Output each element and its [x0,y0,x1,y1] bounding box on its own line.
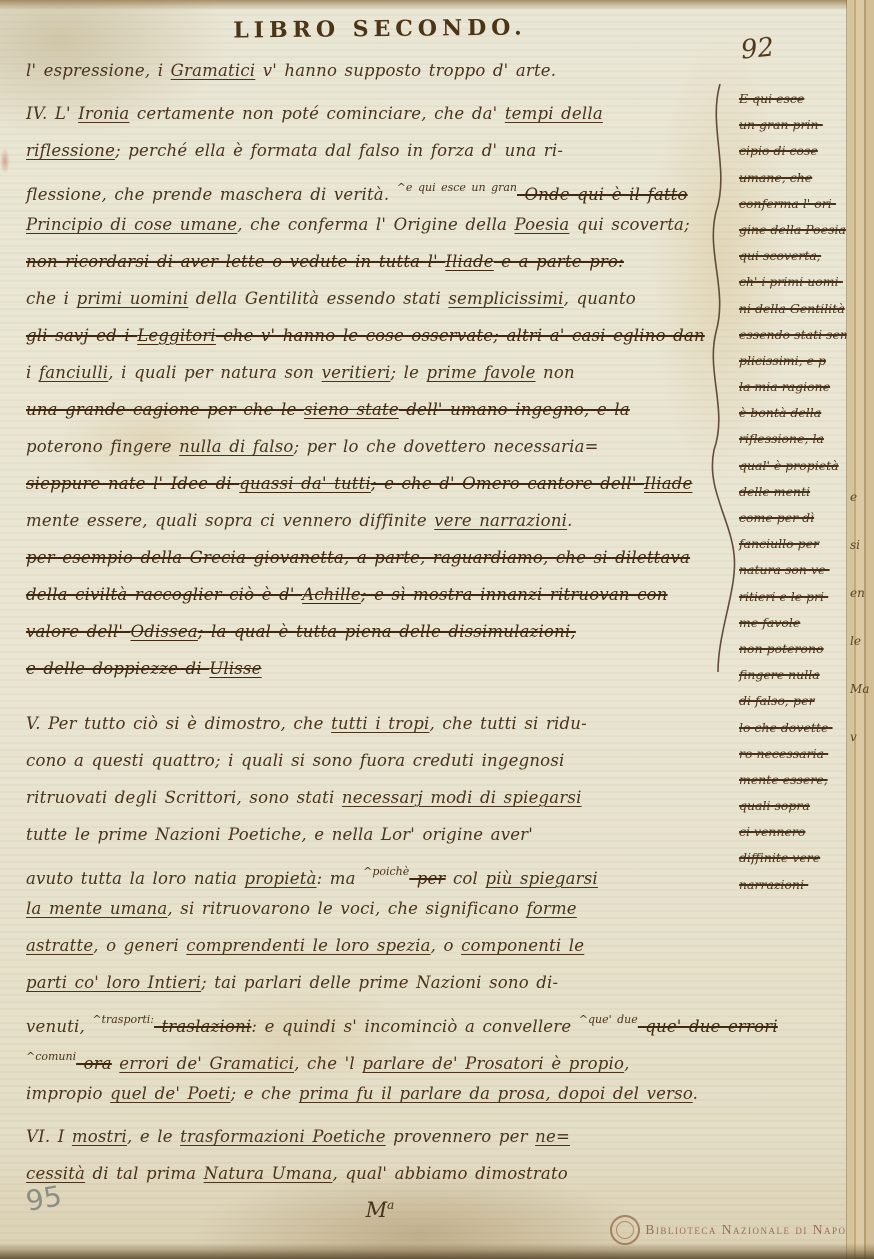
margin-note-line: delle menti [739,479,851,505]
handwritten-text: che i [26,289,77,308]
handwritten-text: parti co' loro Intieri [26,973,201,992]
handwritten-text: Gramatici [171,61,256,80]
struck-text: que' due errori [638,1017,778,1036]
struck-text: ; e sì mostra innanzi ritruovan con [361,585,668,604]
handwritten-text: ; perché ella è formata dal falso in for… [115,141,563,160]
struck-text: ; la qual è tutta piena delle dissimulaz… [198,622,576,641]
pencil-foliation-number: 95 [23,1179,64,1218]
margin-note-line: fingere nulla [739,662,851,688]
struck-text: e delle doppiezze di [26,659,209,678]
edge-text-fragment: si [850,538,860,552]
handwritten-text: tempi della [505,104,603,123]
margin-note-line: come per dì [739,505,851,531]
manuscript-line: mente essere, quali sopra ci vennero dif… [26,502,726,539]
manuscript-line: e delle doppiezze di Ulisse [26,650,726,687]
library-stamp-icon [610,1215,640,1245]
margin-note-line: ni della Gentilità [739,296,851,322]
handwritten-text: , qual' abbiamo dimostrato [332,1164,567,1183]
struck-text: sieno state [304,400,399,419]
struck-text: per [409,869,445,888]
manuscript-line: IV. L' Ironia certamente non poté cominc… [26,95,726,132]
margin-note-line: E qui esce [739,86,851,112]
interlinear-insertion: ^comuni [26,1050,76,1063]
handwritten-text: , che conferma l' Origine della [237,215,514,234]
struck-text: della civiltà raccoglier ciò è d' [26,585,302,604]
edge-text-fragment: v [850,730,857,744]
manuscript-line: riflessione; perché ella è formata dal f… [26,132,726,169]
margin-note-line: mente essere, [739,767,851,793]
interlinear-insertion: ^trasporti: [92,1013,154,1026]
catchword: Ma [300,1198,460,1222]
margin-brace-line [704,84,740,674]
handwritten-text: Poesia [515,215,570,234]
struck-text: Achille [302,585,361,604]
struck-text: Iliade [445,252,493,271]
handwritten-text: , si ritruovarono le voci, che significa… [167,899,526,918]
handwritten-text: prime favole [427,363,536,382]
handwritten-text: provennero per [386,1127,535,1146]
margin-note-line: ro necessaria- [739,741,851,767]
manuscript-line: Principio di cose umane, che conferma l'… [26,206,726,243]
margin-note-line: qual' è propietà [739,453,851,479]
margin-note-line: ci vennero [739,819,851,845]
handwritten-text: v' hanno supposto troppo d' arte. [255,61,556,80]
manuscript-line: cono a questi quattro; i quali si sono f… [26,742,726,779]
margin-note-line: un gran prin- [739,112,851,138]
interlinear-insertion: ^e qui esce un gran [397,181,517,194]
manuscript-line: poterono fingere nulla di falso; per lo … [26,428,726,465]
page-title: LIBRO SECONDO. [150,14,610,45]
handwritten-text: propietà [245,869,317,888]
handwritten-text: più spiegarsi [485,869,597,888]
handwritten-text: Ironia [78,104,129,123]
handwritten-text: V. Per tutto ciò si è dimostro, che [26,714,331,733]
edge-text-fragment: le [850,634,861,648]
handwritten-text: . [567,511,572,530]
page-bottom-edge [0,1243,874,1259]
handwritten-text: comprendenti le loro spezia [186,936,430,955]
interlinear-insertion: ^que' due [579,1013,638,1026]
catchword-main: M [366,1198,388,1222]
folio-number: 92 [739,32,775,65]
handwritten-text: della Gentilità essendo stati [188,289,448,308]
page-top-edge [0,0,874,10]
handwritten-text: , che 'l [294,1054,362,1073]
manuscript-line: astratte, o generi comprendenti le loro … [26,927,726,964]
manuscript-line: ritruovati degli Scrittori, sono stati n… [26,779,726,816]
struck-text: ora [76,1054,112,1073]
struck-text: per esempio della Grecia giovanetta, a p… [26,548,690,567]
struck-text: traslazioni [154,1017,251,1036]
handwritten-text: la mente umana [26,899,167,918]
manuscript-line: V. Per tutto ciò si è dimostro, che tutt… [26,705,726,742]
margin-note-line: me favole [739,610,851,636]
handwritten-text: : e quindi s' incominciò a convellere [251,1017,578,1036]
handwritten-text: necessarj modi di spiegarsi [342,788,582,807]
margin-note-line: riflessione, la [739,426,851,452]
handwritten-text: Natura Umana [204,1164,333,1183]
handwritten-text: mostri [72,1127,127,1146]
manuscript-line: gli savj ed i Leggitori che v' hanno le … [26,317,726,354]
ink-stain [0,148,10,174]
struck-text: Onde qui è il fatto [517,185,688,204]
stacked-page-edges: esienleMav [846,0,874,1259]
handwritten-text: di tal prima [85,1164,204,1183]
manuscript-page: LIBRO SECONDO. 92 l' espressione, i Gram… [0,0,874,1259]
margin-note-line: è bontà della [739,400,851,426]
manuscript-line: non ricordarsi di aver lette o vedute in… [26,243,726,280]
margin-notes-column: E qui esceun gran prin-cipio di coseuman… [739,86,851,898]
interlinear-insertion: ^poichè [363,865,409,878]
handwritten-text: forme [526,899,576,918]
struck-text: che v' hanno le cose osservate; altri a'… [216,326,705,345]
handwritten-text: impropio [26,1084,110,1103]
manuscript-line: venuti, ^trasporti: traslazioni: e quind… [26,1001,726,1038]
margin-note-line: di falso; per [739,688,851,714]
library-stamp: Biblioteca Nazionale di Napoli [610,1215,858,1245]
handwritten-text: : ma [317,869,364,888]
handwritten-text: venuti, [26,1017,92,1036]
handwritten-text: , i quali per natura son [108,363,321,382]
handwritten-text: veritieri [322,363,391,382]
handwritten-text: VI. I [26,1127,72,1146]
handwritten-text: mente essere, quali sopra ci vennero dif… [26,511,434,530]
handwritten-text: cono a questi quattro; i quali si sono f… [26,751,564,770]
edge-text-fragment: en [850,586,865,600]
handwritten-text: , che tutti si ridu- [430,714,587,733]
manuscript-line: la mente umana, si ritruovarono le voci,… [26,890,726,927]
handwritten-text: , o [431,936,461,955]
handwritten-text: IV. L' [26,104,78,123]
margin-note-line: non poterono [739,636,851,662]
handwritten-text: trasformazioni Poetiche [180,1127,386,1146]
manuscript-line: ^comuni ora errori de' Gramatici, che 'l… [26,1038,726,1075]
margin-note-line: conferma l' ori- [739,191,851,217]
struck-text: ; e che d' Omero cantore dell' [371,474,644,493]
struck-text: Iliade [644,474,692,493]
handwritten-text: riflessione [26,141,115,160]
handwritten-text: primi uomini [77,289,189,308]
struck-text: e a parte pro: [494,252,624,271]
margin-note-line: narrazioni- [739,872,851,898]
margin-note-line: la mia ragione [739,374,851,400]
handwritten-text: parlare de' Prosatori è propio [362,1054,624,1073]
struck-text: gli savj ed i [26,326,137,345]
manuscript-line: che i primi uomini della Gentilità essen… [26,280,726,317]
handwritten-text: ; per lo che dovettero necessaria= [294,437,599,456]
handwritten-text: , e le [127,1127,180,1146]
handwritten-text: qui scoverta; [569,215,689,234]
library-stamp-text: Biblioteca Nazionale di Napoli [645,1222,858,1238]
handwritten-text: poterono fingere [26,437,179,456]
manuscript-line: flessione, che prende maschera di verità… [26,169,726,206]
margin-note-line: natura son ve- [739,557,851,583]
margin-note-line: cipio di cose [739,138,851,164]
margin-note-line: essendo stati sem- [739,322,851,348]
struck-text: Ulisse [209,659,261,678]
manuscript-line: avuto tutta la loro natia propietà: ma ^… [26,853,726,890]
manuscript-line: l' espressione, i Gramatici v' hanno sup… [26,52,726,89]
handwritten-text: certamente non poté cominciare, che da' [129,104,504,123]
manuscript-line: cessità di tal prima Natura Umana, qual'… [26,1155,726,1192]
manuscript-line: per esempio della Grecia giovanetta, a p… [26,539,726,576]
margin-note-line: qui scoverta; [739,243,851,269]
margin-note-line: fanciullo per [739,531,851,557]
handwritten-text: componenti le [461,936,584,955]
edge-text-fragment: Ma [850,682,869,696]
manuscript-line: valore dell' Odissea; la qual è tutta pi… [26,613,726,650]
margin-note-line: quali sopra [739,793,851,819]
handwritten-text: , o generi [93,936,186,955]
struck-text: Odissea [131,622,198,641]
manuscript-line: parti co' loro Intieri; tai parlari dell… [26,964,726,1001]
margin-note-line: ritieri e le pri- [739,584,851,610]
struck-text: quassi da' tutti [239,474,371,493]
handwritten-text: col [446,869,486,888]
manuscript-line: tutte le prime Nazioni Poetiche, e nella… [26,816,726,853]
handwritten-text: ne= [535,1127,570,1146]
handwritten-text: ; tai parlari delle prime Nazioni sono d… [201,973,558,992]
struck-text: non ricordarsi di aver lette o vedute in… [26,252,445,271]
handwritten-text: , [624,1054,629,1073]
manuscript-line: sieppure nate l' Idee di quassi da' tutt… [26,465,726,502]
handwritten-text: , quanto [564,289,636,308]
margin-note-line: umane, che [739,165,851,191]
manuscript-line: una grande cagione per che le sieno stat… [26,391,726,428]
handwritten-text: ; e che [231,1084,299,1103]
manuscript-line: VI. I mostri, e le trasformazioni Poetic… [26,1118,726,1155]
handwritten-text: Principio di cose umane [26,215,237,234]
handwritten-text: prima fu il parlare da prosa, dopoi del … [299,1084,693,1103]
manuscript-line: i fanciulli, i quali per natura son veri… [26,354,726,391]
struck-text: dell' umano ingegno, e la [399,400,630,419]
edge-text-fragment: e [850,490,857,504]
handwritten-text: vere narrazioni [434,511,567,530]
handwritten-text: fanciulli [39,363,108,382]
handwritten-text: ritruovati degli Scrittori, sono stati [26,788,342,807]
handwritten-text: l' espressione, i [26,61,171,80]
handwritten-text: flessione, che prende maschera di verità… [26,185,397,204]
handwritten-text: astratte [26,936,93,955]
handwritten-text: semplicissimi [448,289,563,308]
body-text-column: l' espressione, i Gramatici v' hanno sup… [26,52,726,1192]
handwritten-text: tutti i tropi [331,714,429,733]
struck-text: sieppure nate l' Idee di [26,474,239,493]
handwritten-text: ; le [390,363,426,382]
margin-note-line: diffinite vere [739,845,851,871]
manuscript-line: impropio quel de' Poeti; e che prima fu … [26,1075,726,1112]
catchword-superscript: a [387,1198,394,1212]
margin-note-line: lo che dovette- [739,715,851,741]
handwritten-text: nulla di falso [179,437,293,456]
struck-text: Leggitori [137,326,216,345]
manuscript-line: della civiltà raccoglier ciò è d' Achill… [26,576,726,613]
struck-text: valore dell' [26,622,131,641]
handwritten-text: avuto tutta la loro natia [26,869,245,888]
margin-note-line: plicissimi, e p [739,348,851,374]
handwritten-text: i [26,363,39,382]
handwritten-text: quel de' Poeti [110,1084,230,1103]
handwritten-text: non [536,363,575,382]
margin-note-line: ch' i primi uomi- [739,269,851,295]
handwritten-text: tutte le prime Nazioni Poetiche, e nella… [26,825,533,844]
struck-text: una grande cagione per che le [26,400,304,419]
handwritten-text: errori de' Gramatici [119,1054,294,1073]
margin-note-line: gine della Poesia [739,217,851,243]
handwritten-text: . [693,1084,698,1103]
